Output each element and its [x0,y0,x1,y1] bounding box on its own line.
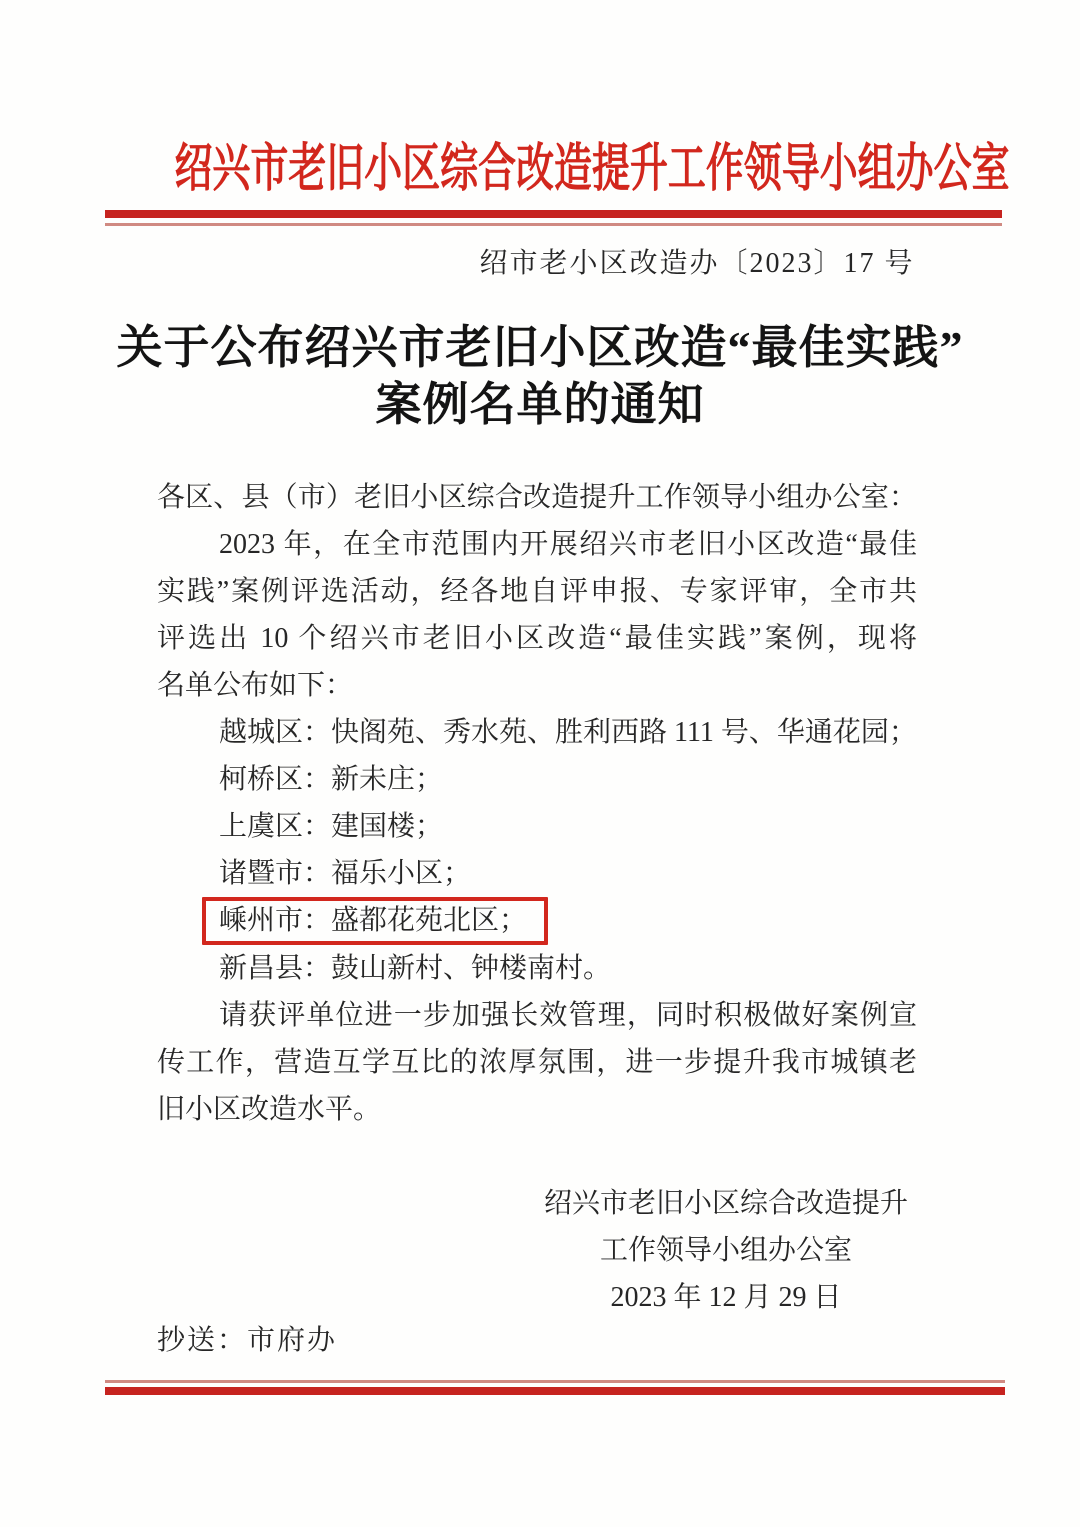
letterhead-divider [105,210,1002,226]
letterhead-divider-thin-line [105,223,1002,226]
letterhead-divider-thick-line [105,210,1002,218]
signature-org-line-2: 工作领导小组办公室 [539,1227,913,1274]
award-list-item-keqiao: 柯桥区：新未庄； [157,756,917,803]
intro-line: 实践”案例评选活动，经各地自评申报、专家评审，全市共 [157,568,917,615]
document-title-line-1: 关于公布绍兴市老旧小区改造“最佳实践” [0,319,1080,376]
footer-divider-thin-line [105,1380,1005,1383]
document-body: 各区、县（市）老旧小区综合改造提升工作领导小组办公室： 2023 年，在全市范围… [157,474,917,1133]
signature-block: 绍兴市老旧小区综合改造提升 工作领导小组办公室 2023 年 12 月 29 日 [539,1180,913,1321]
signature-org-line-1: 绍兴市老旧小区综合改造提升 [539,1180,913,1227]
closing-line: 传工作，营造互学互比的浓厚氛围，进一步提升我市城镇老 [157,1039,917,1086]
award-list-item-yuecheng: 越城区：快阁苑、秀水苑、胜利西路 111 号、华通花园； [157,709,917,756]
letterhead: 绍兴市老旧小区综合改造提升工作领导小组办公室 [0,126,1080,201]
award-list-item-shengzhou: 嵊州市：盛都花苑北区； [157,897,917,945]
document-page: 绍兴市老旧小区综合改造提升工作领导小组办公室 绍市老小区改造办〔2023〕17 … [0,0,1080,1527]
cc-line: 抄送：市府办 [157,1317,337,1364]
salutation-line: 各区、县（市）老旧小区综合改造提升工作领导小组办公室： [157,474,917,521]
intro-line: 评选出 10 个绍兴市老旧小区改造“最佳实践”案例，现将 [157,615,917,662]
document-title: 关于公布绍兴市老旧小区改造“最佳实践” 案例名单的通知 [0,319,1080,433]
intro-line: 2023 年，在全市范围内开展绍兴市老旧小区改造“最佳 [157,521,917,568]
footer-divider-thick-line [105,1387,1005,1395]
closing-line: 旧小区改造水平。 [157,1086,917,1133]
doc-number: 绍市老小区改造办〔2023〕17 号 [0,243,1080,285]
award-list-item-xinchang: 新昌县：鼓山新村、钟楼南村。 [157,945,917,992]
letterhead-org-title: 绍兴市老旧小区综合改造提升工作领导小组办公室 [174,126,1009,201]
award-list-item-zhuji: 诸暨市：福乐小区； [157,850,917,897]
highlight-box: 嵊州市：盛都花苑北区； [202,897,548,945]
award-list-item-shangyu: 上虞区：建国楼； [157,803,917,850]
intro-line: 名单公布如下： [157,662,917,709]
document-title-line-2: 案例名单的通知 [0,376,1080,433]
signature-date: 2023 年 12 月 29 日 [539,1274,913,1321]
footer-divider [105,1380,1005,1395]
closing-line: 请获评单位进一步加强长效管理，同时积极做好案例宣 [157,992,917,1039]
